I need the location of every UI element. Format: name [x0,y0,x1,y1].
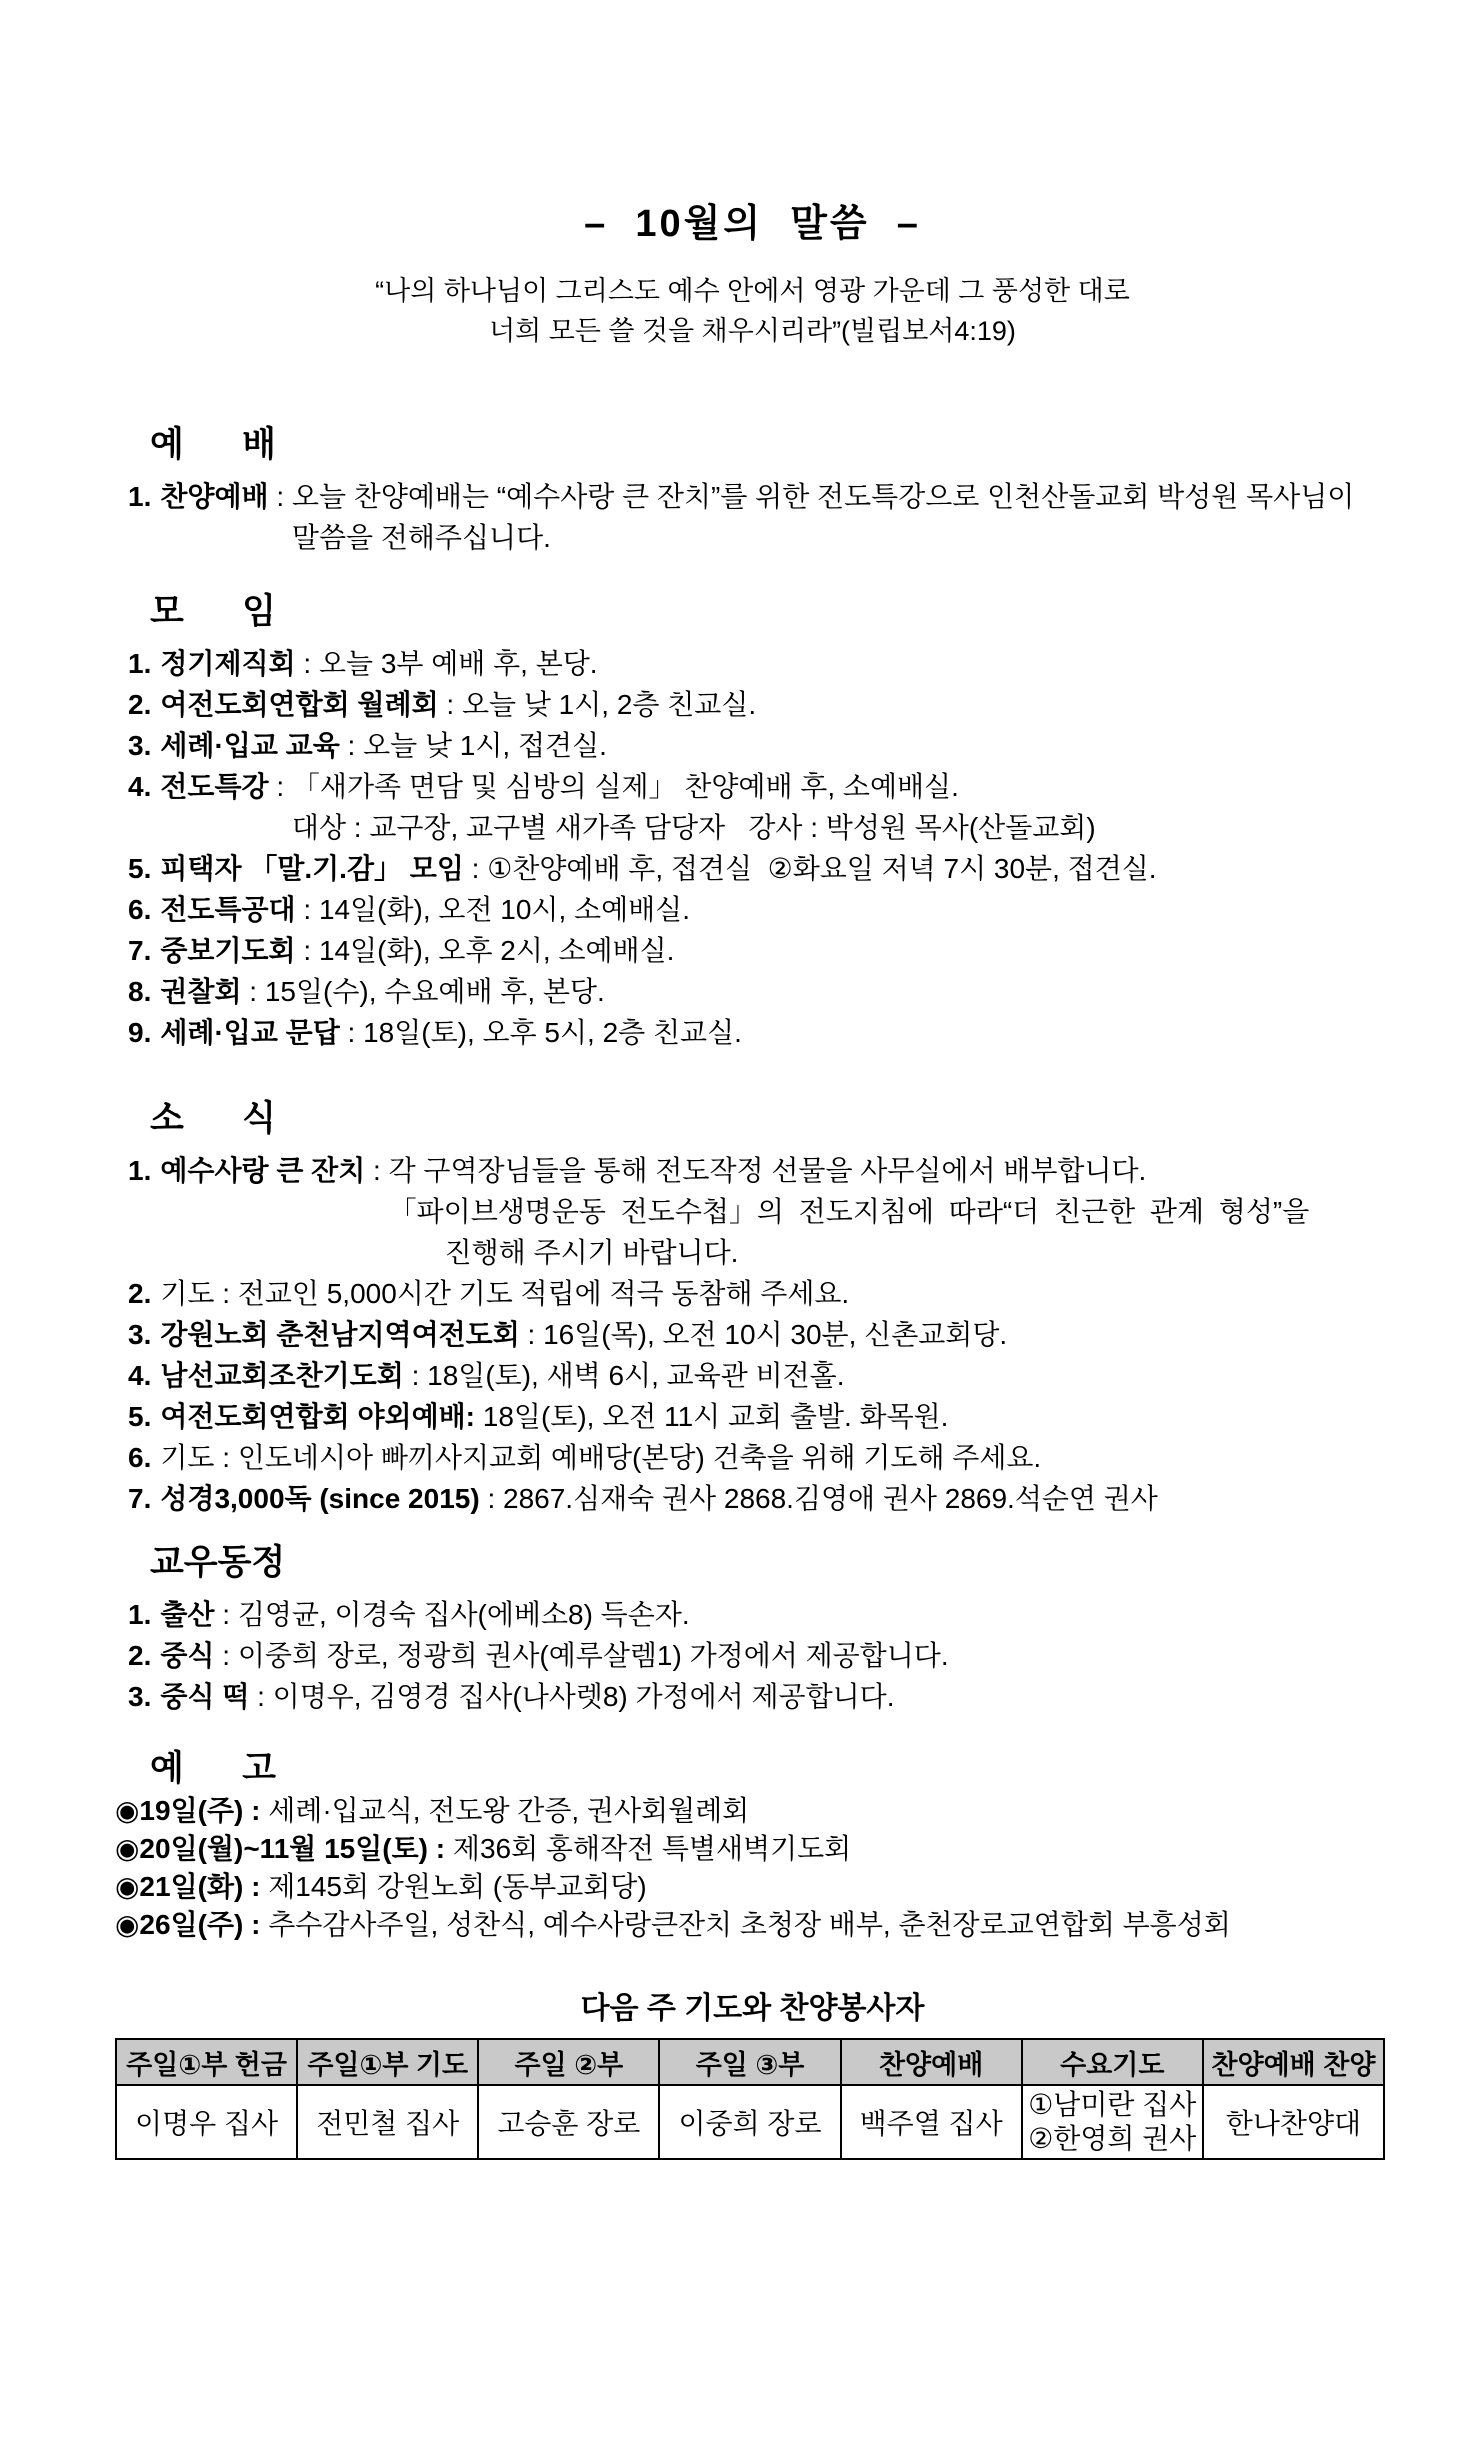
item-number: 3. [128,1681,151,1712]
item-separator: : [296,648,319,679]
list-item: 2.여전도회연합회 월례회 : 오늘 낮 1시, 2층 친교실. [128,684,1390,725]
section-heading-worship: 예 배 [150,427,1390,462]
list-item: 4.남선교회조찬기도회 : 18일(토), 새벽 6시, 교육관 비전홀. [128,1355,1390,1396]
item-separator: : [242,976,265,1007]
item-prefix: 3.세례·입교 교육 : [128,725,363,766]
item-prefix: 5.여전도회연합회 야외예배: [128,1396,483,1437]
item-separator: : [214,1278,237,1309]
list-item: 2.기도 : 전교인 5,000시간 기도 적립에 적극 동참해 주세요. [128,1273,1390,1314]
item-prefix: 1.찬양예배 : [128,476,292,517]
section-notices: 예 고 ◉19일(주) : 세례·입교식, 전도왕 간증, 권사회월례회 ◉20… [115,1751,1390,1944]
item-number: 9. [128,1017,151,1048]
item-separator: : [296,894,319,925]
item-separator: : [296,935,319,966]
body-cell-offering1: 이명우 집사 [116,2085,297,2159]
list-item: 5.여전도회연합회 야외예배: 18일(토), 오전 11시 교회 출발. 화목… [128,1396,1390,1437]
wednesday-line2: ②한영희 권사 [1023,2122,1202,2156]
item-number: 4. [128,1360,151,1391]
header-cell-prayer1: 주일①부 기도 [297,2039,478,2085]
item-text: 세례·입교식, 전도왕 간증, 권사회월례회 [268,1792,1390,1830]
item-label: 남선교회조찬기도회 [160,1360,403,1391]
item-text-line1: 오늘 찬양예배는 “예수사랑 큰 잔치”를 위한 전도특강으로 인천산돌교회 박… [292,476,1390,517]
item-text: 14일(화), 오후 2시, 소예배실. [319,930,1390,971]
list-item: 1.출산 : 김영균, 이경숙 집사(에베소8) 득손자. [128,1594,1390,1635]
list-item: ◉21일(화) : 제145회 강원노회 (동부교회당) [115,1868,1390,1906]
section-heading-meetings: 모 임 [150,594,1390,629]
list-item: 3.강원노회 춘천남지역여전도회 : 16일(목), 오전 10시 30분, 신… [128,1314,1390,1355]
section-news: 소 식 1.예수사랑 큰 잔치 : 각 구역장님들을 통해 전도작정 선물을 사… [115,1101,1390,1519]
section-members: 교우동정 1.출산 : 김영균, 이경숙 집사(에베소8) 득손자. 2.중식 … [115,1545,1390,1717]
item-label: 세례·입교 교육 [160,730,339,761]
item-separator: : [340,1017,363,1048]
item-text: 이명우, 김영경 집사(나사렛8) 가정에서 제공합니다. [273,1676,1390,1717]
item-number: 7. [128,1483,151,1514]
item-text-line2: 말씀을 전해주십니다. [292,517,1390,558]
item-separator: : [249,1681,272,1712]
news-items: 1.예수사랑 큰 잔치 : 각 구역장님들을 통해 전도작정 선물을 사무실에서… [128,1150,1390,1519]
item-separator: : [404,1360,427,1391]
item-prefix: 1.정기제직회 : [128,643,319,684]
item-text-line2: 「파이브생명운동 전도수첩」의 전도지침에 따라“더 친근한 관계 형성”을 [389,1191,1390,1232]
list-item: 6.기도 : 인도네시아 빠끼사지교회 예배당(본당) 건축을 위해 기도해 주… [128,1437,1390,1478]
item-prefix: 2.여전도회연합회 월례회 : [128,684,462,725]
scripture-quote: “나의 하나님이 그리스도 예수 안에서 영광 가운데 그 풍성한 대로 너희 … [115,271,1390,351]
item-separator: : [214,1599,237,1630]
meetings-items: 1.정기제직회 : 오늘 3부 예배 후, 본당. 2.여전도회연합회 월례회 … [128,643,1390,1053]
list-item: 7.성경3,000독 (since 2015) : 2867.심재숙 권사 28… [128,1478,1390,1519]
item-number: 6. [128,894,151,925]
item-text: 18일(토), 새벽 6시, 교육관 비전홀. [427,1355,1390,1396]
item-text-line2: 대상 : 교구장, 교구별 새가족 담당자 강사 : 박성원 목사(산돌교회) [292,807,1390,848]
list-item: 1.정기제직회 : 오늘 3부 예배 후, 본당. [128,643,1390,684]
list-item: 1.찬양예배 : 오늘 찬양예배는 “예수사랑 큰 잔치”를 위한 전도특강으로… [128,476,1390,558]
item-label: 출산 [160,1599,214,1630]
item-label: 중보기도회 [160,935,295,966]
item-text: 18일(토), 오전 11시 교회 출발. 화목원. [483,1396,1390,1437]
item-separator: : [340,730,363,761]
item-number: 2. [128,1640,151,1671]
item-label: 여전도회연합회 월례회 [160,689,438,720]
notice-date-label: ◉21일(화) [115,1871,243,1902]
notice-date-label: ◉19일(주) [115,1795,243,1826]
item-separator: : [269,481,292,512]
schedule-table: 주일①부 헌금 주일①부 기도 주일 ②부 주일 ③부 찬양예배 수요기도 찬양… [115,2038,1385,2160]
item-text: 이중희 장로, 정광희 권사(예루살렘1) 가정에서 제공합니다. [238,1635,1390,1676]
item-prefix: 4.전도특강 : [128,766,292,807]
table-row: 이명우 집사 전민철 집사 고승훈 장로 이중희 장로 백주열 집사 ①남미란 … [116,2085,1384,2159]
item-separator: : [428,1833,453,1864]
item-number: 4. [128,771,151,802]
item-separator: : [464,853,487,884]
header-cell-praise: 찬양예배 [841,2039,1022,2085]
notice-date-label: ◉26일(주) [115,1909,243,1940]
header-cell-wednesday: 수요기도 [1022,2039,1203,2085]
list-item: ◉19일(주) : 세례·입교식, 전도왕 간증, 권사회월례회 [115,1792,1390,1830]
body-cell-choir: 한나찬양대 [1203,2085,1384,2159]
item-label: 찬양예배 [160,481,268,512]
item-label: 전도특공대 [160,894,295,925]
item-text: 「새가족 면담 및 심방의 실제」 찬양예배 후, 소예배실.대상 : 교구장,… [292,766,1390,848]
item-label: 기도 [160,1278,214,1309]
bulletin-content: – 10월의 말씀 – “나의 하나님이 그리스도 예수 안에서 영광 가운데 … [0,0,1476,2160]
item-text: 제145회 강원노회 (동부교회당) [268,1868,1390,1906]
scripture-quote-line1: “나의 하나님이 그리스도 예수 안에서 영광 가운데 그 풍성한 대로 [115,271,1390,311]
item-number: 1. [128,481,151,512]
header-cell-service3: 주일 ③부 [659,2039,840,2085]
page-title: – 10월의 말씀 – [115,205,1390,243]
item-text: 18일(토), 오후 5시, 2층 친교실. [363,1012,1390,1053]
item-separator: : [365,1155,388,1186]
item-prefix: 6.전도특공대 : [128,889,319,930]
item-label: 여전도회연합회 야외예배: [160,1401,475,1432]
item-label: 중식 떡 [160,1681,249,1712]
item-number: 5. [128,853,151,884]
item-prefix: 1.출산 : [128,1594,238,1635]
item-text: 김영균, 이경숙 집사(에베소8) 득손자. [238,1594,1390,1635]
section-duty-table: 다음 주 기도와 찬양봉사자 주일①부 헌금 주일①부 기도 주일 ②부 주일 … [115,1994,1390,2160]
item-separator: : [480,1483,503,1514]
item-prefix: 3.중식 떡 : [128,1676,273,1717]
section-worship: 예 배 1.찬양예배 : 오늘 찬양예배는 “예수사랑 큰 잔치”를 위한 전도… [115,427,1390,558]
item-separator: : [520,1319,543,1350]
item-prefix: 1.예수사랑 큰 잔치 : [128,1150,389,1191]
item-label: 성경3,000독 (since 2015) [160,1483,479,1514]
item-label: 강원노회 춘천남지역여전도회 [160,1319,519,1350]
item-text-line3: 진행해 주시기 바랍니다. [445,1232,1390,1273]
item-text-line1: 「새가족 면담 및 심방의 실제」 찬양예배 후, 소예배실. [292,766,1390,807]
item-text: 14일(화), 오전 10시, 소예배실. [319,889,1390,930]
item-separator: : [243,1871,268,1902]
table-title: 다음 주 기도와 찬양봉사자 [115,1994,1390,2024]
list-item: 9.세례·입교 문답 : 18일(토), 오후 5시, 2층 친교실. [128,1012,1390,1053]
scripture-quote-line2: 너희 모든 쓸 것을 채우시리라”(빌립보서4:19) [115,311,1390,351]
item-number: 3. [128,1319,151,1350]
item-number: 6. [128,1442,151,1473]
item-text: 인도네시아 빠끼사지교회 예배당(본당) 건축을 위해 기도해 주세요. [238,1437,1390,1478]
item-text: 제36회 홍해작전 특별새벽기도회 [453,1830,1390,1868]
body-cell-service2: 고승훈 장로 [478,2085,659,2159]
item-prefix: 6.기도 : [128,1437,238,1478]
list-item: 8.권찰회 : 15일(수), 수요예배 후, 본당. [128,971,1390,1012]
body-cell-prayer1: 전민철 집사 [297,2085,478,2159]
item-text: 전교인 5,000시간 기도 적립에 적극 동참해 주세요. [238,1273,1390,1314]
worship-items: 1.찬양예배 : 오늘 찬양예배는 “예수사랑 큰 잔치”를 위한 전도특강으로… [128,476,1390,558]
section-heading-notices: 예 고 [150,1751,1390,1786]
item-text: 각 구역장님들을 통해 전도작정 선물을 사무실에서 배부합니다.「파이브생명운… [389,1150,1390,1273]
item-prefix: ◉21일(화) : [115,1868,268,1906]
item-prefix: ◉20일(월)~11월 15일(토) : [115,1830,453,1868]
item-separator: : [214,1640,237,1671]
notice-date-label: ◉20일(월)~11월 15일(토) [115,1833,428,1864]
item-separator: : [439,689,462,720]
body-cell-service3: 이중희 장로 [659,2085,840,2159]
item-label: 예수사랑 큰 잔치 [160,1155,365,1186]
body-cell-praise: 백주열 집사 [841,2085,1022,2159]
item-prefix: 3.강원노회 춘천남지역여전도회 : [128,1314,543,1355]
item-text: 오늘 낮 1시, 2층 친교실. [462,684,1390,725]
item-label: 중식 [160,1640,214,1671]
table-header-row: 주일①부 헌금 주일①부 기도 주일 ②부 주일 ③부 찬양예배 수요기도 찬양… [116,2039,1384,2085]
item-number: 1. [128,648,151,679]
list-item: 5.피택자 「말.기.감」 모임 : ①찬양예배 후, 접견실 ②화요일 저녁 … [128,848,1390,889]
item-prefix: 2.중식 : [128,1635,238,1676]
item-prefix: ◉19일(주) : [115,1792,268,1830]
bulletin-page: – 10월의 말씀 – “나의 하나님이 그리스도 예수 안에서 영광 가운데 … [0,0,1476,2445]
item-text: 추수감사주일, 성찬식, 예수사랑큰잔치 초청장 배부, 춘천장로교연합회 부흥… [268,1906,1390,1944]
item-number: 2. [128,1278,151,1309]
item-prefix: 5.피택자 「말.기.감」 모임 : [128,848,487,889]
item-prefix: ◉26일(주) : [115,1906,268,1944]
item-label: 기도 [160,1442,214,1473]
item-prefix: 2.기도 : [128,1273,238,1314]
item-separator: : [243,1795,268,1826]
list-item: 6.전도특공대 : 14일(화), 오전 10시, 소예배실. [128,889,1390,930]
item-separator: : [269,771,292,802]
item-number: 1. [128,1155,151,1186]
list-item: ◉26일(주) : 추수감사주일, 성찬식, 예수사랑큰잔치 초청장 배부, 춘… [115,1906,1390,1944]
item-number: 3. [128,730,151,761]
item-number: 8. [128,976,151,1007]
item-label: 피택자 「말.기.감」 모임 [160,853,464,884]
list-item: 1.예수사랑 큰 잔치 : 각 구역장님들을 통해 전도작정 선물을 사무실에서… [128,1150,1390,1273]
header-cell-choir: 찬양예배 찬양 [1203,2039,1384,2085]
item-text: 오늘 3부 예배 후, 본당. [319,643,1390,684]
item-text: ①찬양예배 후, 접견실 ②화요일 저녁 7시 30분, 접견실. [487,848,1390,889]
section-heading-members: 교우동정 [150,1545,1390,1580]
item-label: 권찰회 [160,976,241,1007]
item-prefix: 7.성경3,000독 (since 2015) : [128,1478,503,1519]
notices-items: ◉19일(주) : 세례·입교식, 전도왕 간증, 권사회월례회 ◉20일(월)… [115,1792,1390,1944]
wednesday-line1: ①남미란 집사 [1023,2088,1202,2122]
item-label: 전도특강 [160,771,268,802]
item-separator: : [243,1909,268,1940]
header-cell-service2: 주일 ②부 [478,2039,659,2085]
item-separator: : [214,1442,237,1473]
item-text: 2867.심재숙 권사 2868.김영애 권사 2869.석순연 권사 [503,1478,1390,1519]
item-prefix: 4.남선교회조찬기도회 : [128,1355,427,1396]
list-item: 4.전도특강 : 「새가족 면담 및 심방의 실제」 찬양예배 후, 소예배실.… [128,766,1390,848]
item-text: 오늘 찬양예배는 “예수사랑 큰 잔치”를 위한 전도특강으로 인천산돌교회 박… [292,476,1390,558]
item-prefix: 8.권찰회 : [128,971,265,1012]
item-prefix: 7.중보기도회 : [128,930,319,971]
item-label: 세례·입교 문답 [160,1017,339,1048]
item-number: 5. [128,1401,151,1432]
item-text: 15일(수), 수요예배 후, 본당. [265,971,1390,1012]
section-heading-news: 소 식 [150,1101,1390,1136]
item-number: 1. [128,1599,151,1630]
item-prefix: 9.세례·입교 문답 : [128,1012,363,1053]
members-items: 1.출산 : 김영균, 이경숙 집사(에베소8) 득손자. 2.중식 : 이중희… [128,1594,1390,1717]
item-number: 2. [128,689,151,720]
header-cell-offering1: 주일①부 헌금 [116,2039,297,2085]
item-text: 오늘 낮 1시, 접견실. [363,725,1390,766]
list-item: 3.세례·입교 교육 : 오늘 낮 1시, 접견실. [128,725,1390,766]
list-item: 3.중식 떡 : 이명우, 김영경 집사(나사렛8) 가정에서 제공합니다. [128,1676,1390,1717]
list-item: 2.중식 : 이중희 장로, 정광희 권사(예루살렘1) 가정에서 제공합니다. [128,1635,1390,1676]
item-text: 16일(목), 오전 10시 30분, 신촌교회당. [543,1314,1390,1355]
body-cell-wednesday: ①남미란 집사②한영희 권사 [1022,2085,1203,2159]
list-item: 7.중보기도회 : 14일(화), 오후 2시, 소예배실. [128,930,1390,971]
item-label: 정기제직회 [160,648,295,679]
item-text-line1: 각 구역장님들을 통해 전도작정 선물을 사무실에서 배부합니다. [389,1150,1390,1191]
item-separator [475,1401,483,1432]
item-number: 7. [128,935,151,966]
list-item: ◉20일(월)~11월 15일(토) : 제36회 홍해작전 특별새벽기도회 [115,1830,1390,1868]
section-meetings: 모 임 1.정기제직회 : 오늘 3부 예배 후, 본당. 2.여전도회연합회 … [115,594,1390,1053]
